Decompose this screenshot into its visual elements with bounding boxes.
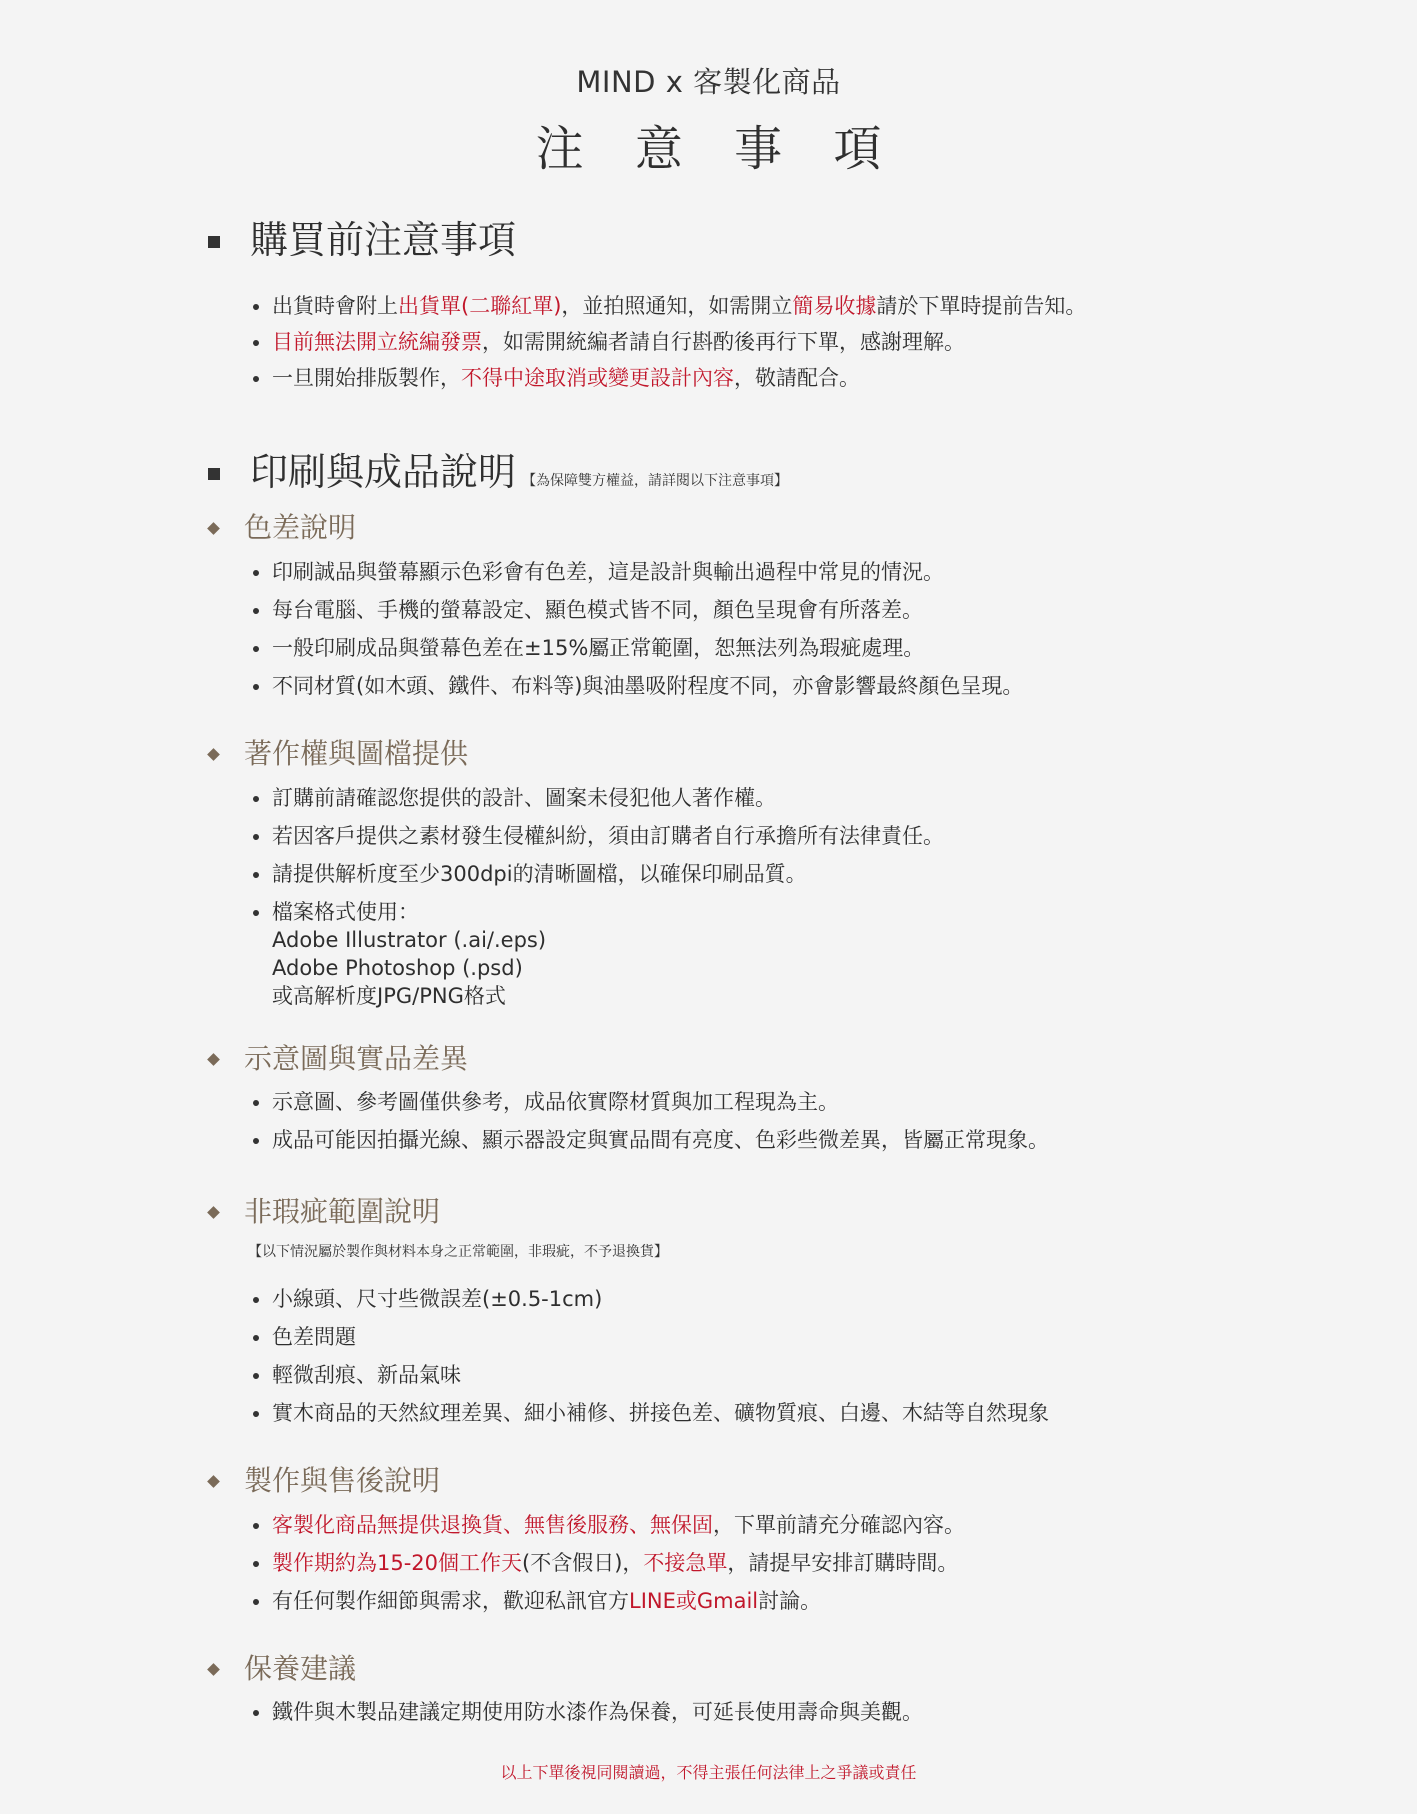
- subheading-nondefect: 非瑕疵範圍說明: [207, 1194, 440, 1230]
- page-title: 注 意 事 項: [0, 110, 1417, 179]
- subheading-text: 製作與售後說明: [244, 1463, 440, 1499]
- subheading-text: 非瑕疵範圍說明: [244, 1194, 440, 1230]
- list-item: 印刷誠品與螢幕顯示色彩會有色差，這是設計與輸出過程中常見的情況。: [248, 558, 1023, 586]
- diamond-bullet-icon: [207, 1663, 220, 1676]
- heading-text: 印刷與成品說明: [250, 450, 516, 494]
- list-item: 小線頭、尺寸些微誤差(±0.5-1cm): [248, 1285, 1049, 1313]
- subheading-mockup: 示意圖與實品差異: [207, 1041, 468, 1077]
- footer-disclaimer: 以上下單後視同閱讀過，不得主張任何法律上之爭議或責任: [0, 1760, 1417, 1783]
- formats-label: 檔案格式使用：: [272, 898, 944, 926]
- page-subtitle: MIND x 客製化商品: [0, 60, 1417, 101]
- subheading-text: 保養建議: [244, 1651, 356, 1687]
- copyright-list: 訂購前請確認您提供的設計、圖案未侵犯他人著作權。 若因客戶提供之素材發生侵權糾紛…: [248, 784, 944, 1010]
- text: 有任何製作細節與需求，歡迎私訊官方: [272, 1589, 629, 1613]
- highlight: LINE或Gmail: [629, 1589, 758, 1613]
- diamond-bullet-icon: [207, 1475, 220, 1488]
- highlight: 客製化商品無提供退換貨、無售後服務、無保固: [272, 1513, 713, 1537]
- diamond-bullet-icon: [207, 1206, 220, 1219]
- section-heading-purchase: 購買前注意事項: [208, 218, 516, 262]
- subheading-text: 著作權與圖檔提供: [244, 736, 468, 772]
- format-jpg-png: 或高解析度JPG/PNG格式: [272, 982, 944, 1010]
- heading-text: 購買前注意事項: [250, 218, 516, 262]
- text: 請於下單時提前告知。: [876, 294, 1086, 318]
- text: ，下單前請充分確認內容。: [713, 1513, 965, 1537]
- nondefect-list: 小線頭、尺寸些微誤差(±0.5-1cm) 色差問題 輕微刮痕、新品氣味 實木商品…: [248, 1285, 1049, 1427]
- subheading-color: 色差說明: [207, 510, 356, 546]
- highlight: 不得中途取消或變更設計內容: [461, 366, 734, 390]
- list-item: 不同材質(如木頭、鐵件、布料等)與油墨吸附程度不同，亦會影響最終顏色呈現。: [248, 672, 1023, 700]
- subheading-copyright: 著作權與圖檔提供: [207, 736, 468, 772]
- list-item: 成品可能因拍攝光線、顯示器設定與實品間有亮度、色彩些微差異，皆屬正常現象。: [248, 1126, 1049, 1154]
- list-item: 若因客戶提供之素材發生侵權糾紛，須由訂購者自行承擔所有法律責任。: [248, 822, 944, 850]
- highlight: 出貨單(二聯紅單): [398, 294, 561, 318]
- highlight: 簡易收據: [792, 294, 876, 318]
- text: 一旦開始排版製作，: [272, 366, 461, 390]
- care-list: 鐵件與木製品建議定期使用防水漆作為保養，可延長使用壽命與美觀。: [248, 1698, 923, 1726]
- list-item: 一旦開始排版製作，不得中途取消或變更設計內容，敬請配合。: [248, 364, 1086, 392]
- list-item: 請提供解析度至少300dpi的清晰圖檔，以確保印刷品質。: [248, 860, 944, 888]
- diamond-bullet-icon: [207, 1053, 220, 1066]
- list-item: 出貨時會附上出貨單(二聯紅單)，並拍照通知，如需開立簡易收據請於下單時提前告知。: [248, 292, 1086, 320]
- purchase-list: 出貨時會附上出貨單(二聯紅單)，並拍照通知，如需開立簡易收據請於下單時提前告知。…: [248, 292, 1086, 392]
- highlight: 目前無法開立統編發票: [272, 330, 482, 354]
- list-item: 輕微刮痕、新品氣味: [248, 1361, 1049, 1389]
- list-item: 一般印刷成品與螢幕色差在±15%屬正常範圍，恕無法列為瑕疵處理。: [248, 634, 1023, 662]
- list-item-file-formats: 檔案格式使用： Adobe Illustrator (.ai/.eps) Ado…: [248, 898, 944, 1010]
- square-bullet-icon: [208, 236, 220, 248]
- heading-note: 【為保障雙方權益，請詳閱以下注意事項】: [522, 470, 788, 490]
- list-item: 訂購前請確認您提供的設計、圖案未侵犯他人著作權。: [248, 784, 944, 812]
- aftersales-list: 客製化商品無提供退換貨、無售後服務、無保固，下單前請充分確認內容。 製作期約為1…: [248, 1511, 965, 1615]
- list-item: 鐵件與木製品建議定期使用防水漆作為保養，可延長使用壽命與美觀。: [248, 1698, 923, 1726]
- mockup-list: 示意圖、參考圖僅供參考，成品依實際材質與加工程現為主。 成品可能因拍攝光線、顯示…: [248, 1088, 1049, 1154]
- square-bullet-icon: [208, 468, 220, 480]
- notice-page: MIND x 客製化商品 注 意 事 項 購買前注意事項 出貨時會附上出貨單(二…: [0, 0, 1417, 1814]
- nondefect-note: 【以下情況屬於製作與材料本身之正常範圍，非瑕疵，不予退換貨】: [248, 1241, 668, 1261]
- subheading-text: 示意圖與實品差異: [244, 1041, 468, 1077]
- diamond-bullet-icon: [207, 748, 220, 761]
- highlight: 製作期約為15-20個工作天: [272, 1551, 522, 1575]
- list-item: 每台電腦、手機的螢幕設定、顯色模式皆不同，顏色呈現會有所落差。: [248, 596, 1023, 624]
- list-item: 實木商品的天然紋理差異、細小補修、拼接色差、礦物質痕、白邊、木結等自然現象: [248, 1399, 1049, 1427]
- format-ai: Adobe Illustrator (.ai/.eps): [272, 926, 944, 954]
- text: ，敬請配合。: [734, 366, 860, 390]
- subheading-care: 保養建議: [207, 1651, 356, 1687]
- subheading-aftersales: 製作與售後說明: [207, 1463, 440, 1499]
- section-heading-printing: 印刷與成品說明 【為保障雙方權益，請詳閱以下注意事項】: [208, 450, 788, 494]
- text: ，如需開統編者請自行斟酌後再行下單，感謝理解。: [482, 330, 965, 354]
- color-list: 印刷誠品與螢幕顯示色彩會有色差，這是設計與輸出過程中常見的情況。 每台電腦、手機…: [248, 558, 1023, 700]
- highlight: 不接急單: [643, 1551, 727, 1575]
- format-psd: Adobe Photoshop (.psd): [272, 954, 944, 982]
- list-item: 色差問題: [248, 1323, 1049, 1351]
- list-item: 製作期約為15-20個工作天(不含假日)，不接急單，請提早安排訂購時間。: [248, 1549, 965, 1577]
- list-item: 示意圖、參考圖僅供參考，成品依實際材質與加工程現為主。: [248, 1088, 1049, 1116]
- text: ，並拍照通知，如需開立: [561, 294, 792, 318]
- text: (不含假日)，: [522, 1551, 643, 1575]
- diamond-bullet-icon: [207, 522, 220, 535]
- list-item: 目前無法開立統編發票，如需開統編者請自行斟酌後再行下單，感謝理解。: [248, 328, 1086, 356]
- list-item: 有任何製作細節與需求，歡迎私訊官方LINE或Gmail討論。: [248, 1587, 965, 1615]
- list-item: 客製化商品無提供退換貨、無售後服務、無保固，下單前請充分確認內容。: [248, 1511, 965, 1539]
- text: 出貨時會附上: [272, 294, 398, 318]
- text: 討論。: [758, 1589, 821, 1613]
- text: ，請提早安排訂購時間。: [727, 1551, 958, 1575]
- subheading-text: 色差說明: [244, 510, 356, 546]
